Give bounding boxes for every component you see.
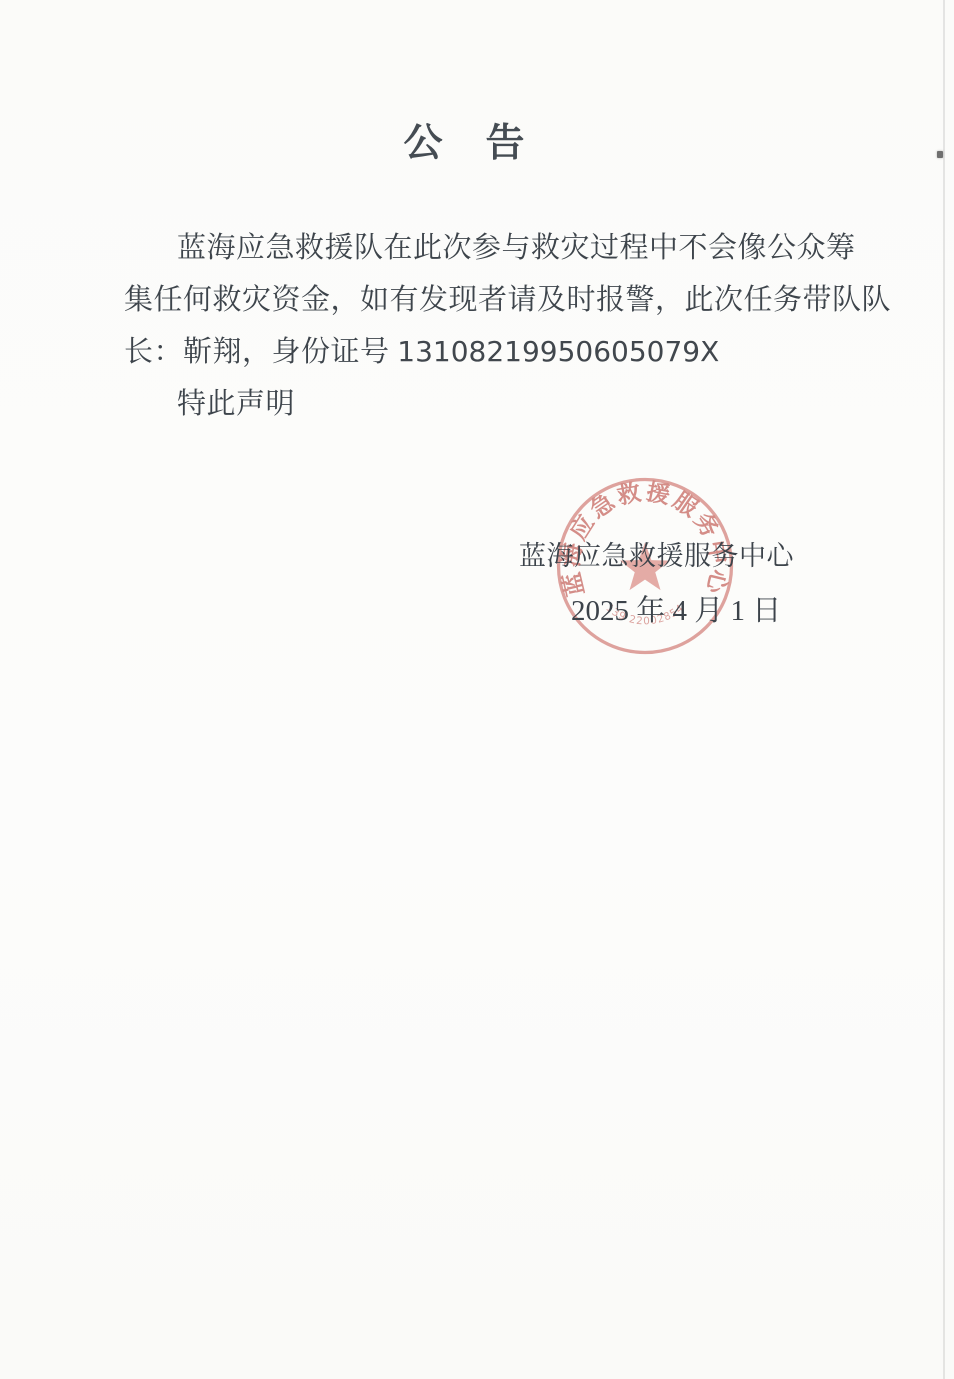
body-line: 长：靳翔，身份证号 13108219950605079X [124, 326, 840, 378]
date-line: 2025 年 4 月 1 日 [571, 588, 781, 629]
body-line: 集任何救灾资金，如有发现者请及时报警，此次任务带队队 [124, 274, 840, 326]
body-line: 蓝海应急救援队在此次参与救灾过程中不会像公众筹 [124, 222, 840, 274]
scan-edge-artifact [943, 0, 945, 1379]
body-line-prefix: 长：靳翔，身份证号 [124, 336, 397, 368]
scan-speck-artifact [937, 151, 943, 158]
statement-line: 特此声明 [124, 378, 840, 430]
page-title: 公 告 [0, 112, 930, 168]
announcement-body: 蓝海应急救援队在此次参与救灾过程中不会像公众筹 集任何救灾资金，如有发现者请及时… [124, 222, 840, 430]
signature-line: 蓝海应急救援服务中心 [519, 534, 794, 573]
id-number: 13108219950605079X [397, 335, 719, 368]
document-page: 公 告 蓝海应急救援队在此次参与救灾过程中不会像公众筹 集任何救灾资金，如有发现… [0, 0, 954, 1379]
